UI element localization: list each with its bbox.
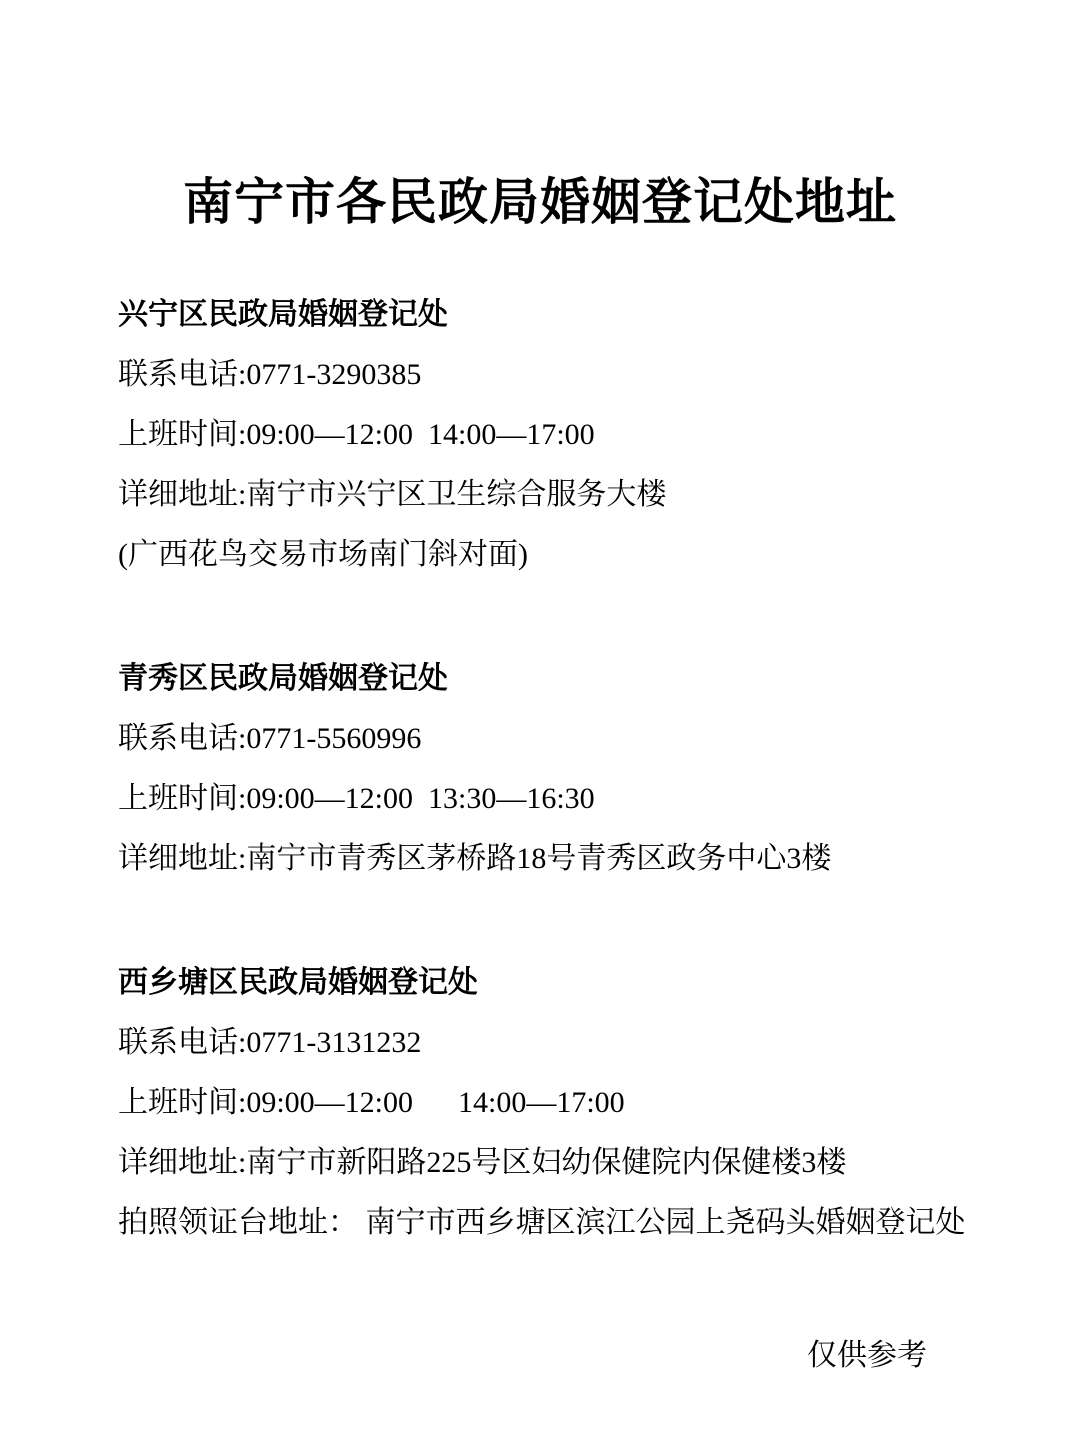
office-hours-line: 上班时间:09:00—12:00 14:00—17:00	[118, 1073, 1040, 1133]
address-line: 详细地址:南宁市兴宁区卫生综合服务大楼	[118, 465, 1040, 525]
office-hours-line: 上班时间:09:00—12:00 14:00—17:00	[118, 405, 1040, 465]
section-xingning: 兴宁区民政局婚姻登记处 联系电话:0771-3290385 上班时间:09:00…	[118, 285, 1040, 585]
section-qingxiu: 青秀区民政局婚姻登记处 联系电话:0771-5560996 上班时间:09:00…	[118, 649, 1040, 889]
photo-desk-address-line: 拍照领证台地址： 南宁市西乡塘区滨江公园上尧码头婚姻登记处	[118, 1193, 1040, 1253]
address-line: 详细地址:南宁市新阳路225号区妇幼保健院内保健楼3楼	[118, 1133, 1040, 1193]
document-body: 兴宁区民政局婚姻登记处 联系电话:0771-3290385 上班时间:09:00…	[118, 285, 1040, 1386]
section-heading: 西乡塘区民政局婚姻登记处	[118, 953, 1040, 1013]
office-hours-line: 上班时间:09:00—12:00 13:30—16:30	[118, 769, 1040, 829]
document-page: 南宁市各民政局婚姻登记处地址 兴宁区民政局婚姻登记处 联系电话:0771-329…	[0, 0, 1080, 1440]
contact-phone-line: 联系电话:0771-5560996	[118, 709, 1040, 769]
section-heading: 兴宁区民政局婚姻登记处	[118, 285, 1040, 345]
section-heading: 青秀区民政局婚姻登记处	[118, 649, 1040, 709]
section-xixiangtang: 西乡塘区民政局婚姻登记处 联系电话:0771-3131232 上班时间:09:0…	[118, 953, 1040, 1253]
contact-phone-line: 联系电话:0771-3131232	[118, 1013, 1040, 1073]
reference-only-note: 仅供参考	[118, 1326, 927, 1386]
address-line: 详细地址:南宁市青秀区茅桥路18号青秀区政务中心3楼	[118, 829, 1040, 889]
contact-phone-line: 联系电话:0771-3290385	[118, 345, 1040, 405]
document-title: 南宁市各民政局婚姻登记处地址	[0, 0, 1080, 232]
landmark-note-line: (广西花鸟交易市场南门斜对面)	[118, 525, 1040, 585]
